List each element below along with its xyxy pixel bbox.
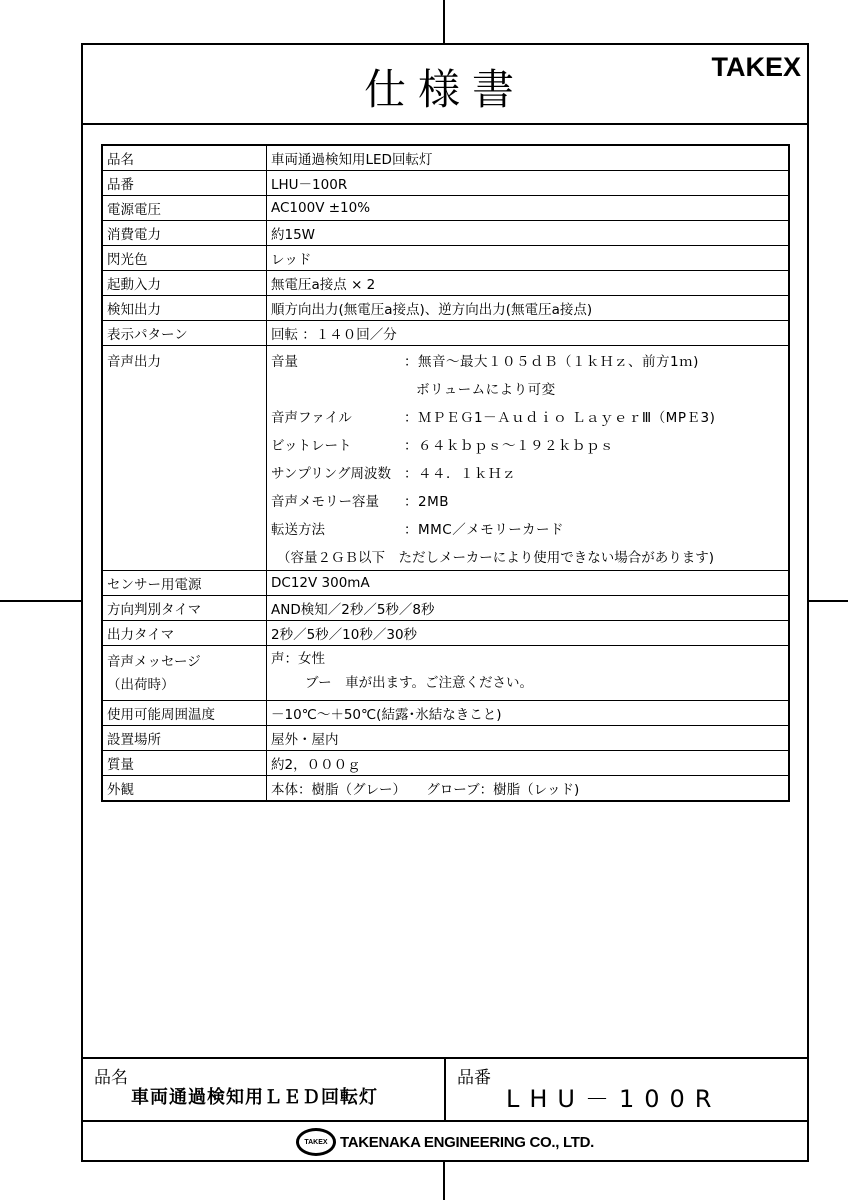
row-label: 外観 (102, 776, 267, 802)
row-label: センサー用電源 (102, 571, 267, 596)
spec-table: 品名車両通過検知用LED回転灯 品番LHU－100R 電源電圧AC100V ±1… (101, 144, 790, 802)
row-label: 品番 (102, 171, 267, 196)
message-cell: 声：女性 ブー 車が出ます。ご注意ください。 (267, 646, 790, 701)
table-row-voice-message: 音声メッセージ （出荷時） 声：女性 ブー 車が出ます。ご注意ください。 (102, 646, 789, 701)
audio-item-value: ボリュームにより可変 (404, 378, 556, 398)
table-row: 表示パターン回転 ：１４０回／分 (102, 321, 789, 346)
table-row: 使用可能周囲温度－10℃～＋50℃(結露･氷結なきこと) (102, 701, 789, 726)
table-row: 電源電圧AC100V ±10% (102, 196, 789, 221)
row-value: 順方向出力(無電圧a接点)、逆方向出力(無電圧a接点) (267, 296, 790, 321)
document-frame: 仕様書 TAKEX 品名車両通過検知用LED回転灯 品番LHU－100R 電源電… (81, 43, 809, 1162)
table-row: センサー用電源DC12V 300mA (102, 571, 789, 596)
crop-mark-left (0, 600, 81, 602)
product-number-caption: 品番 (457, 1063, 491, 1088)
product-number-box: 品番 LHU－100R (446, 1059, 807, 1120)
audio-item: 転送方法：MMC／メモリーカード (271, 514, 784, 542)
row-label: 検知出力 (102, 296, 267, 321)
table-row-audio-output: 音声出力 音量：無音～最大１０５ｄＢ（１ｋＨｚ、前方1ｍ) ボリュームにより可変… (102, 346, 789, 571)
row-label: 方向判別タイマ (102, 596, 267, 621)
takex-logo-icon: TAKEX (296, 1128, 336, 1156)
audio-item-value: ：６４ｋｂｐｓ～１９２ｋｂｐｓ (404, 434, 614, 454)
document-header: 仕様書 TAKEX (83, 45, 807, 125)
crop-mark-right (807, 600, 848, 602)
audio-item-key: 転送方法 (271, 518, 404, 538)
audio-item-value: ：４４．１ｋＨｚ (404, 462, 516, 482)
row-label: 出力タイマ (102, 621, 267, 646)
row-label: 品名 (102, 145, 267, 171)
product-name: 車両通過検知用ＬＥＤ回転灯 (131, 1083, 378, 1109)
audio-item: ボリュームにより可変 (271, 374, 784, 402)
row-value: AC100V ±10% (267, 196, 790, 221)
product-number: LHU－100R (506, 1079, 721, 1114)
table-row: 設置場所屋外・屋内 (102, 726, 789, 751)
row-value: 屋外・屋内 (267, 726, 790, 751)
table-row: 検知出力順方向出力(無電圧a接点)、逆方向出力(無電圧a接点) (102, 296, 789, 321)
row-label: 質量 (102, 751, 267, 776)
row-label: 使用可能周囲温度 (102, 701, 267, 726)
message-voice: 声：女性 (271, 646, 784, 668)
audio-item-key: 音声ファイル (271, 406, 404, 426)
brand-logo: TAKEX (711, 52, 801, 83)
audio-spec-cell: 音量：無音～最大１０５ｄＢ（１ｋＨｚ、前方1ｍ) ボリュームにより可変 音声ファ… (267, 346, 790, 571)
row-label: 表示パターン (102, 321, 267, 346)
row-value: 2秒／5秒／10秒／30秒 (267, 621, 790, 646)
product-name-caption: 品名 (94, 1063, 128, 1088)
audio-item: サンプリング周波数：４４．１ｋＨｚ (271, 458, 784, 486)
crop-mark-bottom (443, 1160, 445, 1200)
row-value: AND検知／2秒／5秒／8秒 (267, 596, 790, 621)
table-row: 質量約2，０００ｇ (102, 751, 789, 776)
audio-item-key: ビットレート (271, 434, 404, 454)
audio-item: 音声メモリー容量：2MB (271, 486, 784, 514)
table-row: 品番LHU－100R (102, 171, 789, 196)
table-row: 方向判別タイマAND検知／2秒／5秒／8秒 (102, 596, 789, 621)
row-value: 車両通過検知用LED回転灯 (267, 145, 790, 171)
table-row: 出力タイマ2秒／5秒／10秒／30秒 (102, 621, 789, 646)
row-value: 約15W (267, 221, 790, 246)
audio-item: ビットレート：６４ｋｂｐｓ～１９２ｋｂｐｓ (271, 430, 784, 458)
row-value: 回転 ：１４０回／分 (267, 321, 790, 346)
row-label: 閃光色 (102, 246, 267, 271)
company-line: TAKEX TAKENAKA ENGINEERING CO., LTD. (83, 1122, 807, 1162)
audio-item-key: 音声メモリー容量 (271, 490, 404, 510)
audio-note: （容量２ＧＢ以下 ただしメーカーにより使用できない場合があります) (271, 542, 784, 570)
message-label-sub: （出荷時） (107, 673, 262, 693)
audio-item-value: ：ＭＰＥＧ1－Ａｕｄｉｏ ＬａｙｅｒⅢ（MPＥ3) (404, 406, 715, 426)
row-value: 本体：樹脂（グレー） グローブ：樹脂（レッド) (267, 776, 790, 802)
title-block: 品名 車両通過検知用ＬＥＤ回転灯 品番 LHU－100R TAKEX TAKEN… (83, 1057, 807, 1162)
audio-item-key: サンプリング周波数 (271, 462, 404, 482)
row-value: 無電圧a接点 × 2 (267, 271, 790, 296)
row-label: 音声出力 (102, 346, 267, 571)
audio-item: 音声ファイル：ＭＰＥＧ1－Ａｕｄｉｏ ＬａｙｅｒⅢ（MPＥ3) (271, 402, 784, 430)
crop-mark-top (443, 0, 445, 43)
audio-item-value: ：MMC／メモリーカード (404, 518, 564, 538)
table-row: 消費電力約15W (102, 221, 789, 246)
table-row: 外観本体：樹脂（グレー） グローブ：樹脂（レッド) (102, 776, 789, 802)
company-name: TAKENAKA ENGINEERING CO., LTD. (340, 1134, 594, 1151)
document-title: 仕様書 (83, 57, 807, 117)
row-value: 約2，０００ｇ (267, 751, 790, 776)
audio-item-value: ：2MB (404, 490, 449, 510)
table-row: 閃光色レッド (102, 246, 789, 271)
row-label: 起動入力 (102, 271, 267, 296)
product-name-box: 品名 車両通過検知用ＬＥＤ回転灯 (83, 1059, 446, 1120)
audio-item-key: 音量 (271, 350, 404, 370)
message-text: ブー 車が出ます。ご注意ください。 (271, 668, 784, 694)
row-value: LHU－100R (267, 171, 790, 196)
message-label: 音声メッセージ (107, 650, 262, 670)
row-value: －10℃～＋50℃(結露･氷結なきこと) (267, 701, 790, 726)
row-label: 電源電圧 (102, 196, 267, 221)
row-label: 音声メッセージ （出荷時） (102, 646, 267, 701)
row-value: レッド (267, 246, 790, 271)
row-value: DC12V 300mA (267, 571, 790, 596)
row-label: 設置場所 (102, 726, 267, 751)
row-label: 消費電力 (102, 221, 267, 246)
table-row: 起動入力無電圧a接点 × 2 (102, 271, 789, 296)
table-row: 品名車両通過検知用LED回転灯 (102, 145, 789, 171)
audio-item: 音量：無音～最大１０５ｄＢ（１ｋＨｚ、前方1ｍ) (271, 346, 784, 374)
title-block-row: 品名 車両通過検知用ＬＥＤ回転灯 品番 LHU－100R (83, 1059, 807, 1122)
audio-item-value: ：無音～最大１０５ｄＢ（１ｋＨｚ、前方1ｍ) (404, 350, 699, 370)
